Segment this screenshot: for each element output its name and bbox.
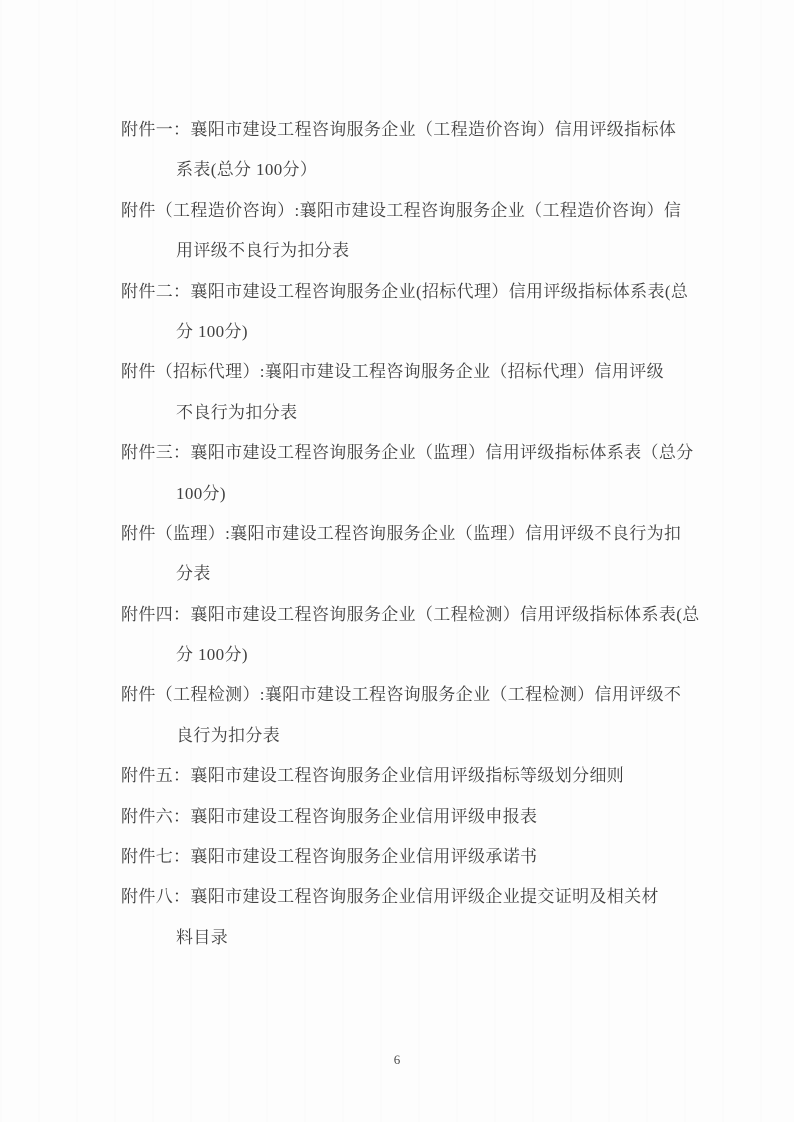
attachment-line: 良行为扣分表: [121, 716, 734, 756]
attachment-line: 附件四：襄阳市建设工程咨询服务企业（工程检测）信用评级指标体系表(总: [121, 595, 734, 635]
attachment-line: 附件六：襄阳市建设工程咨询服务企业信用评级申报表: [121, 797, 734, 837]
attachment-line: 分 100分): [121, 635, 734, 675]
attachment-line: 附件（监理）:襄阳市建设工程咨询服务企业（监理）信用评级不良行为扣: [121, 514, 734, 554]
page-number: 6: [0, 1052, 794, 1068]
document-page: 附件一：襄阳市建设工程咨询服务企业（工程造价咨询）信用评级指标体系表(总分 10…: [0, 0, 794, 1122]
attachment-list: 附件一：襄阳市建设工程咨询服务企业（工程造价咨询）信用评级指标体系表(总分 10…: [121, 110, 734, 958]
attachment-line: 附件（招标代理）:襄阳市建设工程咨询服务企业（招标代理）信用评级: [121, 352, 734, 392]
attachment-line: 附件一：襄阳市建设工程咨询服务企业（工程造价咨询）信用评级指标体: [121, 110, 734, 150]
attachment-line: 附件五：襄阳市建设工程咨询服务企业信用评级指标等级划分细则: [121, 756, 734, 796]
attachment-line: 附件（工程造价咨询）:襄阳市建设工程咨询服务企业（工程造价咨询）信: [121, 191, 734, 231]
attachment-line: 100分): [121, 474, 734, 514]
attachment-line: 不良行为扣分表: [121, 393, 734, 433]
attachment-line: 系表(总分 100分）: [121, 150, 734, 190]
attachment-line: 分表: [121, 554, 734, 594]
attachment-line: 附件八：襄阳市建设工程咨询服务企业信用评级企业提交证明及相关材: [121, 877, 734, 917]
attachment-line: 料目录: [121, 918, 734, 958]
attachment-line: 附件七：襄阳市建设工程咨询服务企业信用评级承诺书: [121, 837, 734, 877]
attachment-line: 用评级不良行为扣分表: [121, 231, 734, 271]
attachment-line: 附件二：襄阳市建设工程咨询服务企业(招标代理）信用评级指标体系表(总: [121, 272, 734, 312]
attachment-line: 附件三：襄阳市建设工程咨询服务企业（监理）信用评级指标体系表（总分: [121, 433, 734, 473]
attachment-line: 分 100分): [121, 312, 734, 352]
attachment-line: 附件（工程检测）:襄阳市建设工程咨询服务企业（工程检测）信用评级不: [121, 675, 734, 715]
